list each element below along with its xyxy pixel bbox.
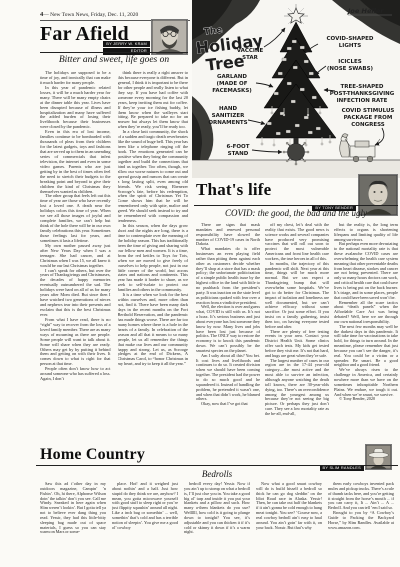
columnist-photo-randles — [365, 444, 392, 470]
far-afield-headline: Bitter and sweet, life goes on — [40, 55, 188, 65]
home-country-title: Home Country — [40, 446, 145, 464]
thats-life-title: That's life — [196, 180, 271, 200]
far-afield-body: The holidays are supposed to be a time o… — [40, 71, 188, 445]
thats-life-column-3: but the reality is, the long term effect… — [334, 223, 398, 455]
label-garland: GARLAND — [217, 74, 247, 80]
home-country-body: Saw this ad t’other day in my outdoors m… — [40, 482, 394, 546]
svg-text:FACEMASKS): FACEMASKS) — [212, 88, 252, 94]
svg-text:(MADE OF: (MADE OF — [217, 81, 248, 87]
thats-life-rule — [194, 205, 398, 206]
far-afield-column-2: think there is really a right answer to … — [118, 71, 189, 445]
label-vaccine-star: VACCINE — [237, 48, 264, 54]
far-afield-rule — [40, 52, 188, 53]
svg-text:POST-THANKSGIVING: POST-THANKSGIVING — [330, 91, 395, 97]
home-country-column-3: bedroll every day! Yessir. Now if you ai… — [184, 482, 250, 546]
label-hand-sanitizer: HAND — [219, 106, 237, 112]
svg-text:ORNAMENTS: ORNAMENTS — [208, 120, 247, 126]
thats-life-column-1: There are signs that mask mandates and r… — [196, 223, 260, 455]
svg-text:SANITIZER: SANITIZER — [212, 113, 245, 119]
far-afield-column-1: The holidays are supposed to be a time o… — [40, 71, 111, 445]
label-six-foot-stand: 6-FOOT — [227, 144, 250, 150]
issue-line: — New Town News, Friday, Dec. 11, 2020 — [43, 12, 138, 18]
svg-text:INFECTION RATE: INFECTION RATE — [337, 98, 388, 104]
home-country-column-4: Now what a good smart cowboy will do is … — [256, 482, 322, 546]
home-country-rule — [36, 465, 398, 466]
cartoonist-signature: Joe Heller — [346, 7, 384, 15]
editor-photo — [151, 19, 188, 55]
byline-name: BY JERRY W. KRAM — [103, 41, 150, 47]
svg-text:(NOSE SWABS): (NOSE SWABS) — [327, 66, 374, 72]
holiday-tree-cartoon: The Holiday Tree Joe Heller — [192, 0, 400, 178]
label-icicles: ICICLES — [338, 59, 361, 65]
label-covid-lights: COVID-SHAPED — [327, 36, 374, 42]
svg-text:LIGHTS: LIGHTS — [339, 43, 361, 49]
label-stimulus: COVID STIMULUS — [342, 108, 395, 114]
thats-life-headline: COVID: the good, the bad and the ugly — [194, 208, 398, 218]
home-country-column-1: Saw this ad t’other day in my outdoors m… — [40, 482, 106, 546]
home-country-column-5: them early cowboys invented pack mules a… — [328, 482, 394, 546]
thats-life-body: There are signs that mask mandates and r… — [196, 223, 398, 455]
svg-text:STAND: STAND — [228, 151, 249, 157]
thats-life-column-2: off my chest, let’s deal with the realit… — [265, 223, 329, 455]
home-country-column-2: place. Hot! and it weighed just about no… — [112, 482, 178, 546]
svg-text:CONGRESS: CONGRESS — [351, 122, 385, 128]
newspaper-page: 4— New Town News, Friday, Dec. 11, 2020 … — [0, 0, 400, 567]
svg-text:PACKAGE FROM: PACKAGE FROM — [344, 115, 393, 121]
home-country-headline: Bedrolls — [36, 469, 398, 479]
svg-text:STAR: STAR — [242, 55, 259, 61]
label-infection-rate: TREE-SHAPED — [341, 84, 384, 90]
